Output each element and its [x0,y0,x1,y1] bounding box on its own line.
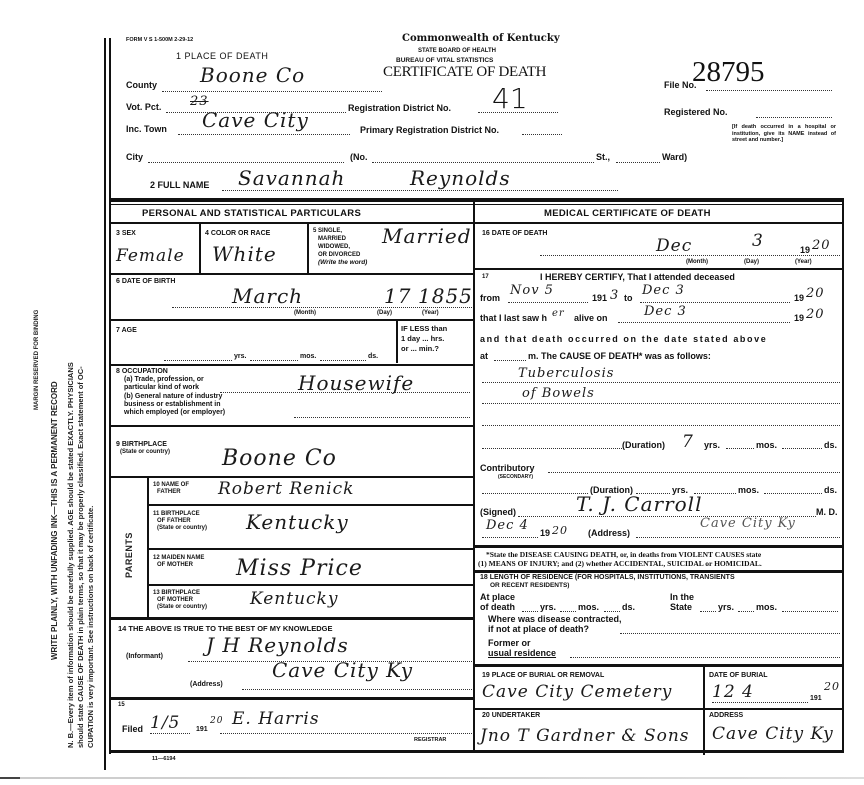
age-row-rule [110,364,473,366]
right-border [842,202,844,752]
certify-number: 17 [482,274,489,280]
sex-value: Female [116,246,185,266]
alive-on-dots [618,322,790,323]
father-birthplace-value: Kentucky [246,510,349,534]
age-ds-label: ds. [368,353,378,360]
residence-state-yrs-dots [700,611,716,612]
mother-name-value: Miss Price [236,556,363,581]
to-label: to [624,293,633,303]
county-value: Boone Co [200,63,305,87]
last-saw-her: er [552,308,565,319]
md-label: M. D. [816,507,838,517]
dod-row-rule [475,268,843,270]
occupation-b-dots [294,417,470,418]
residence-place-yrs: yrs. [540,602,556,612]
occupation-row-rule [110,425,473,427]
registration-district-value: 41 [492,82,528,115]
inc-town-value: Cave City [202,108,309,132]
residence-state-mos: mos. [756,602,777,612]
occupation-a-line-1: (a) Trade, profession, or [124,376,204,383]
inc-town-label: Inc. Town [126,124,167,134]
signed-label: (Signed) [480,507,516,517]
mother-birthplace-label-3: (State or country) [157,604,207,610]
birthplace-sub: (State or country) [120,449,170,455]
alive-year-prefix: 19 [794,313,804,323]
dob-day-caption: (Day) [377,310,392,316]
alive-on-label: alive on [574,313,608,323]
less-than-label-3: or ... min.? [401,344,439,353]
primary-registration-district-label: Primary Registration District No. [360,125,499,135]
parents-label: PARENTS [124,532,134,578]
to-date: Dec 3 [642,283,685,298]
age-mos-dots [250,360,298,361]
residence-place-mos-dots [560,611,576,612]
filed-label: Filed [122,724,143,734]
signed-date-dots [482,537,538,538]
to-dots [640,302,790,303]
filed-year-suffix: 20 [210,716,223,726]
registrar-label: REGISTRAR [414,737,446,743]
dod-year-caption: (Year) [795,259,812,265]
dob-day: 17 [384,284,411,308]
commonwealth-title: Commonwealth of Kentucky [402,33,560,44]
dod-year-prefix: 19 [800,245,810,255]
informant-address-value: Cave City Ky [272,658,413,682]
duration-label: (Duration) [622,440,665,450]
form-number: FORM V S 1-500M 2-29-12 [126,37,193,43]
filed-number: 15 [118,702,125,708]
from-date: Nov 5 [510,283,554,298]
undertaker-label: 20 UNDERTAKER [482,712,540,719]
from-label: from [480,293,500,303]
age-ds-dots [320,360,366,361]
bureau-vital-statistics: BUREAU OF VITAL STATISTICS [396,57,493,64]
burial-date-value: 12 4 [712,682,754,702]
undertaker-address-label: ADDRESS [709,712,743,719]
burial-year-suffix: 20 [824,680,840,693]
mother-name-label-2: OF MOTHER [157,562,193,568]
county-dots [162,91,382,92]
undertaker-value: Jno T Gardner & Sons [480,726,690,746]
duration-mos-dots [726,448,754,449]
duration-yrs: yrs. [704,440,720,450]
street-no-dots [372,162,594,163]
medical-section-title: MEDICAL CERTIFICATE OF DEATH [544,208,711,219]
duration2-dots [482,493,588,494]
signed-value: T. J. Carroll [576,492,702,516]
duration2-ds-dots [764,493,822,494]
from-year-prefix: 191 [592,293,607,303]
form-code: 11—6194 [152,756,176,762]
undertaker-address-value: Cave City Ky [712,724,834,744]
signed-bottom-rule [475,545,843,548]
occupation-a-line-2: particular kind of work [124,384,199,391]
informant-address-dots [242,689,472,690]
filed-year-prefix: 191 [196,726,208,733]
parents-divider [147,477,149,617]
alive-year-suffix: 20 [806,307,825,322]
less-than-label-1: IF LESS than [401,324,447,333]
cause-line-1-dots [482,382,840,383]
occupation-b-line-1: (b) General nature of industry [124,393,222,400]
occupation-b-line-2: business or establishment in [124,401,220,408]
signed-year-suffix: 20 [552,524,568,537]
city-label: City [126,152,143,162]
birthplace-row-rule [110,476,473,478]
registration-district-label: Registration District No. [348,103,451,113]
in-state-label-1: In the [670,592,694,602]
contracted-label-2: if not at place of death? [488,624,589,634]
cause-line-2-value: of Bowels [522,386,595,401]
signed-address-value: Cave City Ky [700,516,796,531]
residence-state-ds-dots [782,611,838,612]
contracted-dots [620,633,840,634]
marital-label-5: (Write the word) [318,259,367,266]
full-name-first: Savannah [238,166,345,190]
last-saw-label: that I last saw h [480,313,547,323]
residence-state-mos-dots [738,611,754,612]
margin-note-line-2: should state CAUSE OF DEATH in plain ter… [76,366,85,748]
father-birthplace-label-1: 11 BIRTHPLACE [153,511,200,517]
informant-value: J H Reynolds [206,633,349,657]
residence-place-yrs-dots [522,611,538,612]
street-label: St., [596,152,610,162]
dod-month: Dec [656,236,692,256]
marital-label-2: MARRIED [318,236,346,242]
center-divider [473,202,475,752]
primary-registration-district-dots [522,134,562,135]
cause-text: m. The CAUSE OF DEATH* was as follows: [528,351,711,361]
father-name-label-1: 10 NAME OF [153,482,189,488]
former-residence-label-1: Former or [488,638,531,648]
signed-year-prefix: 19 [540,528,550,538]
full-name-label: 2 FULL NAME [150,180,209,190]
place-of-death-label: 1 PLACE OF DEATH [176,51,268,61]
father-name-value: Robert Renick [218,479,354,499]
dob-row-rule [110,319,473,321]
residence-state-yrs: yrs. [718,602,734,612]
age-yrs-dots [164,360,232,361]
margin-write-plainly-text: WRITE PLAINLY, WITH UNFADING INK—THIS IS… [50,381,59,660]
occupation-value: Housewife [298,371,414,395]
father-name-rule [149,504,473,506]
footnote-line-2: (1) MEANS OF INJURY; and (2) whether ACC… [478,559,762,568]
father-name-label-2: FATHER [157,489,181,495]
duration-ds-dots [782,448,822,449]
scan-edge [0,777,864,779]
dod-day-caption: (Day) [744,259,759,265]
certify-text: I HEREBY CERTIFY, That I attended deceas… [540,272,735,282]
medical-title-top-rule [475,204,843,205]
occupation-label: 8 OCCUPATION [116,368,168,375]
cause-line-2-dots [482,403,840,404]
race-label: 4 COLOR OR RACE [205,230,270,237]
informant-address-label: (Address) [190,681,223,688]
dob-year-caption: (Year) [422,310,439,316]
marital-label-1: 5 SINGLE, [313,228,342,234]
duration-value: 7 [682,432,694,452]
left-border-outer [104,38,106,770]
cause-line-1-value: Tuberculosis [518,366,614,381]
file-no-dots [706,90,832,91]
at-place-label-1: At place [480,592,515,602]
former-residence-label-2: usual residence [488,648,556,658]
secondary-label: (SECONDARY) [498,474,533,480]
alive-on-date: Dec 3 [644,304,687,319]
county-label: County [126,80,157,90]
street-no-label: (No. [350,152,368,162]
dod-label: 16 DATE OF DEATH [482,230,547,237]
sex-label: 3 SEX [116,230,136,237]
margin-reserved-text: MARGIN RESERVED FOR BINDING [34,310,40,410]
registered-no-label: Registered No. [664,107,728,117]
mother-name-rule [149,584,473,586]
in-state-label-2: State [670,602,692,612]
age-yrs-label: yrs. [234,353,246,360]
registrar-value: E. Harris [232,709,320,729]
birthplace-value: Boone Co [222,446,337,471]
dod-day: 3 [752,231,764,251]
personal-section-title: PERSONAL AND STATISTICAL PARTICULARS [142,208,361,219]
from-year-suffix: 3 [610,288,619,303]
cause-line-3-dots [482,425,840,426]
dob-year: 1855 [418,284,473,308]
footnote-bottom-rule [475,570,843,573]
footnote-line-1: *State the DISEASE CAUSING DEATH, or, in… [486,550,761,559]
residence-place-mos: mos. [578,602,599,612]
burial-date-dots [712,702,808,703]
board-of-health: STATE BOARD OF HEALTH [418,48,496,54]
mother-birthplace-label-1: 13 BIRTHPLACE [153,590,200,596]
burial-place-value: Cave City Cemetery [482,682,672,702]
bottom-rule [110,750,844,753]
dob-month: March [232,284,303,308]
burial-place-label: 19 PLACE OF BURIAL OR REMOVAL [482,672,604,679]
full-name-last: Reynolds [410,166,511,190]
dod-year-suffix: 20 [812,238,831,253]
header-rule [110,198,844,202]
registrar-dots [220,733,472,734]
signed-address-dots [636,537,840,538]
to-year-suffix: 20 [806,286,825,301]
age-less-divider [396,321,398,363]
contributory-label: Contributory [480,463,535,473]
dob-label: 6 DATE OF BIRTH [116,278,175,285]
death-occurred-text: and that death occurred on the date stat… [480,334,767,344]
residence-place-ds: ds. [622,602,635,612]
inc-town-dots [178,134,350,135]
father-birthplace-label-3: (State or country) [157,525,207,531]
race-value: White [212,242,277,266]
marital-label-3: WIDOWED, [318,244,350,250]
sex-race-divider [199,224,201,274]
at-place-label-2: of death [480,602,515,612]
filed-date: 1/5 [150,713,180,733]
mother-birthplace-label-2: OF MOTHER [157,597,193,603]
duration2-ds: ds. [824,485,837,495]
contracted-label-1: Where was disease contracted, [488,614,622,624]
signed-date: Dec 4 [486,518,529,533]
duration-mos: mos. [756,440,777,450]
left-border-inner [109,38,111,754]
city-dots [148,162,344,163]
father-birthplace-label-2: OF FATHER [157,518,191,524]
marital-value: Married [382,224,472,248]
hospital-note: [If death occurred in a hospital or inst… [732,124,836,144]
burial-mid-rule [475,708,843,710]
former-residence-dots [570,657,840,658]
at-dots [494,360,526,361]
medical-title-rule [475,222,843,224]
duration-dots [482,448,622,449]
informant-bottom-rule [110,697,473,700]
occupation-b-line-3: which employed (or employer) [124,409,225,416]
residence-label-2: OR RECENT RESIDENTS) [490,582,569,589]
signed-address-label: (Address) [588,528,630,538]
residence-bottom-rule [475,664,843,667]
contributory-dots [548,472,840,473]
less-than-label-2: 1 day ... hrs. [401,334,444,343]
file-no-value: 28795 [692,56,765,89]
certificate-title: CERTIFICATE OF DEATH [383,64,546,81]
age-mos-label: mos. [300,353,316,360]
at-label: at [480,351,488,361]
informant-label: (Informant) [126,653,163,660]
ward-label: Ward) [662,152,687,162]
vot-pct-label: Vot. Pct. [126,102,161,112]
race-marital-divider [307,224,309,274]
burial-date-label: DATE OF BURIAL [709,672,768,679]
margin-note-line-3: CUPATION is very important. See instruct… [86,506,95,748]
to-year-prefix: 19 [794,293,804,303]
marital-label-4: OR DIVORCED [318,252,360,258]
residence-label-1: 18 LENGTH OF RESIDENCE (FOR HOSPITALS, I… [480,574,735,581]
vot-pct-value: 23 [190,94,209,109]
personal-title-top-rule [110,204,473,205]
duration2-mos: mos. [738,485,759,495]
sex-row-rule [110,273,473,275]
true-statement-label: 14 THE ABOVE IS TRUE TO THE BEST OF MY K… [118,624,332,633]
duration-ds: ds. [824,440,837,450]
filed-date-dots [150,733,190,734]
dob-month-caption: (Month) [294,310,316,316]
dod-month-caption: (Month) [686,259,708,265]
residence-place-ds-dots [604,611,620,612]
mother-name-label-1: 12 MAIDEN NAME [153,555,204,561]
margin-note-line-1: N. B.—Every item of information should b… [66,362,75,748]
father-birthplace-rule [149,548,473,550]
parents-bottom-rule [110,617,473,620]
ward-dots [616,162,660,163]
mother-birthplace-value: Kentucky [250,589,338,609]
burial-divider [703,667,705,755]
from-dots [508,302,588,303]
age-label: 7 AGE [116,327,137,334]
burial-year-prefix: 191 [810,695,822,702]
registered-no-dots [756,117,832,118]
full-name-dots [222,190,618,191]
birthplace-label: 9 BIRTHPLACE [116,441,167,448]
